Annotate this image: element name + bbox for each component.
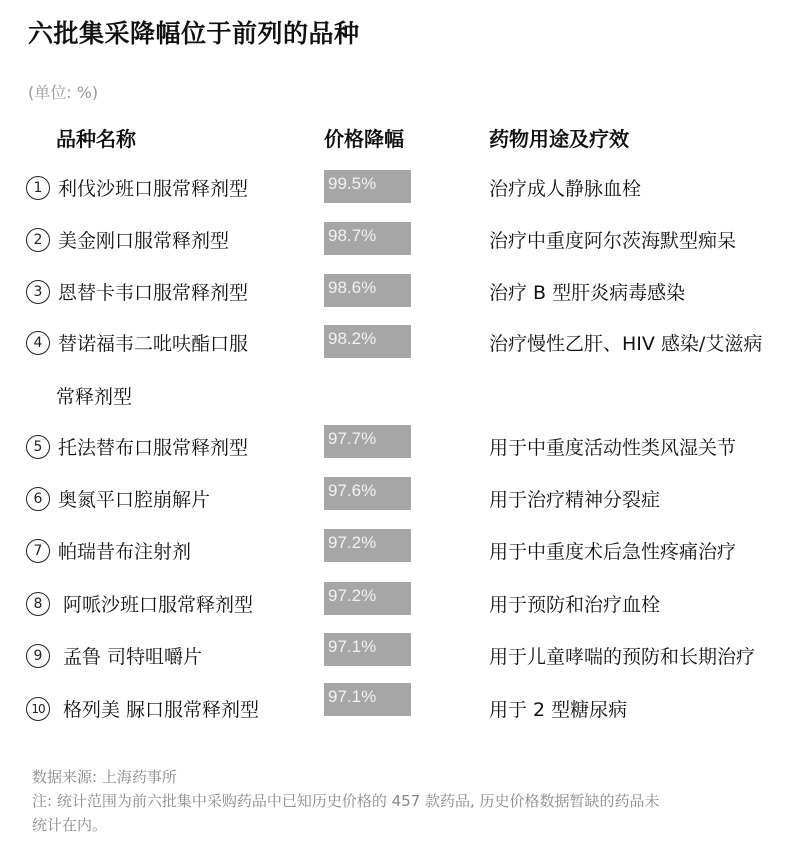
- drug-name: 帕瑞昔布注射剂: [58, 537, 191, 564]
- row-number-badge: 6: [26, 487, 50, 511]
- page-title: 六批集采降幅位于前列的品种: [28, 14, 360, 50]
- drop-value: 97.6%: [328, 481, 376, 501]
- row-number-badge: 3: [26, 280, 50, 304]
- header-name: 品种名称: [56, 123, 136, 152]
- drug-use: 用于中重度术后急性疼痛治疗: [489, 537, 736, 564]
- drug-name: 恩替卡韦口服常释剂型: [58, 278, 248, 305]
- row-number-badge: 9: [26, 644, 50, 668]
- unit-label: (单位: %): [28, 80, 98, 103]
- row-number-badge: 2: [26, 228, 50, 252]
- row-number-badge: 8: [26, 592, 50, 616]
- drop-value: 98.6%: [328, 278, 376, 298]
- drug-name: 格列美 脲口服常释剂型: [63, 695, 259, 722]
- drug-use: 治疗成人静脉血栓: [489, 174, 641, 201]
- row-number-badge: 5: [26, 435, 50, 459]
- drug-use: 治疗慢性乙肝、HIV 感染/艾滋病: [489, 329, 762, 356]
- drug-name: 美金刚口服常释剂型: [58, 226, 229, 253]
- drug-name: 替诺福韦二吡呋酯口服: [58, 329, 248, 356]
- row-number-badge: 7: [26, 539, 50, 563]
- drug-name: 奥氮平口腔崩解片: [58, 485, 210, 512]
- drop-value: 99.5%: [328, 174, 376, 194]
- drug-use: 用于儿童哮喘的预防和长期治疗: [489, 642, 755, 669]
- drop-value: 97.2%: [328, 586, 376, 606]
- table-row: 6 奥氮平口腔崩解片 97.6% 用于治疗精神分裂症: [0, 477, 804, 517]
- drug-use: 用于预防和治疗血栓: [489, 590, 660, 617]
- table-row: 10 格列美 脲口服常释剂型 97.1% 用于 2 型糖尿病: [0, 683, 804, 723]
- drug-use: 用于治疗精神分裂症: [489, 485, 660, 512]
- drop-value: 97.1%: [328, 687, 376, 707]
- drop-bar: 97.7%: [324, 425, 411, 458]
- drug-name: 孟鲁 司特咀嚼片: [63, 642, 202, 669]
- drop-value: 97.2%: [328, 533, 376, 553]
- drop-bar: 97.2%: [324, 529, 411, 562]
- table-row: 4 替诺福韦二吡呋酯口服 98.2% 治疗慢性乙肝、HIV 感染/艾滋病: [0, 325, 804, 365]
- drop-value: 98.2%: [328, 329, 376, 349]
- drug-use: 用于中重度活动性类风湿关节: [489, 433, 736, 460]
- table-row: 7 帕瑞昔布注射剂 97.2% 用于中重度术后急性疼痛治疗: [0, 529, 804, 569]
- drug-name: 托法替布口服常释剂型: [58, 433, 248, 460]
- table-row: 3 恩替卡韦口服常释剂型 98.6% 治疗 B 型肝炎病毒感染: [0, 274, 804, 314]
- table-row: 5 托法替布口服常释剂型 97.7% 用于中重度活动性类风湿关节: [0, 425, 804, 465]
- drug-name-continued: 常释剂型: [56, 382, 132, 409]
- drug-use: 治疗中重度阿尔茨海默型痴呆: [489, 226, 736, 253]
- header-drop: 价格降幅: [324, 123, 404, 152]
- drop-value: 97.7%: [328, 429, 376, 449]
- footnote-line-2: 统计在内。: [32, 814, 107, 836]
- drop-bar: 98.2%: [324, 325, 411, 358]
- footnote-line-1: 注: 统计范围为前六批集中采购药品中已知历史价格的 457 款药品, 历史价格数…: [32, 790, 660, 812]
- drug-name: 利伐沙班口服常释剂型: [58, 174, 248, 201]
- table-row: 1 利伐沙班口服常释剂型 99.5% 治疗成人静脉血栓: [0, 170, 804, 210]
- drug-name: 阿哌沙班口服常释剂型: [63, 590, 253, 617]
- drop-value: 97.1%: [328, 637, 376, 657]
- table-row: 9 孟鲁 司特咀嚼片 97.1% 用于儿童哮喘的预防和长期治疗: [0, 633, 804, 673]
- drop-bar: 97.6%: [324, 477, 411, 510]
- table-row: 2 美金刚口服常释剂型 98.7% 治疗中重度阿尔茨海默型痴呆: [0, 222, 804, 262]
- drop-bar: 97.2%: [324, 582, 411, 615]
- drop-bar: 98.7%: [324, 222, 411, 255]
- drop-bar: 97.1%: [324, 683, 411, 716]
- header-use: 药物用途及疗效: [489, 123, 629, 152]
- drug-use: 用于 2 型糖尿病: [489, 695, 627, 722]
- drop-value: 98.7%: [328, 226, 376, 246]
- drug-use: 治疗 B 型肝炎病毒感染: [489, 278, 685, 305]
- row-number-badge: 4: [26, 331, 50, 355]
- row-number-badge: 10: [26, 697, 50, 721]
- drop-bar: 98.6%: [324, 274, 411, 307]
- row-number-badge: 1: [26, 176, 50, 200]
- drop-bar: 99.5%: [324, 170, 411, 203]
- data-source: 数据来源: 上海药事所: [32, 766, 177, 788]
- drop-bar: 97.1%: [324, 633, 411, 666]
- table-row: 8 阿哌沙班口服常释剂型 97.2% 用于预防和治疗血栓: [0, 582, 804, 622]
